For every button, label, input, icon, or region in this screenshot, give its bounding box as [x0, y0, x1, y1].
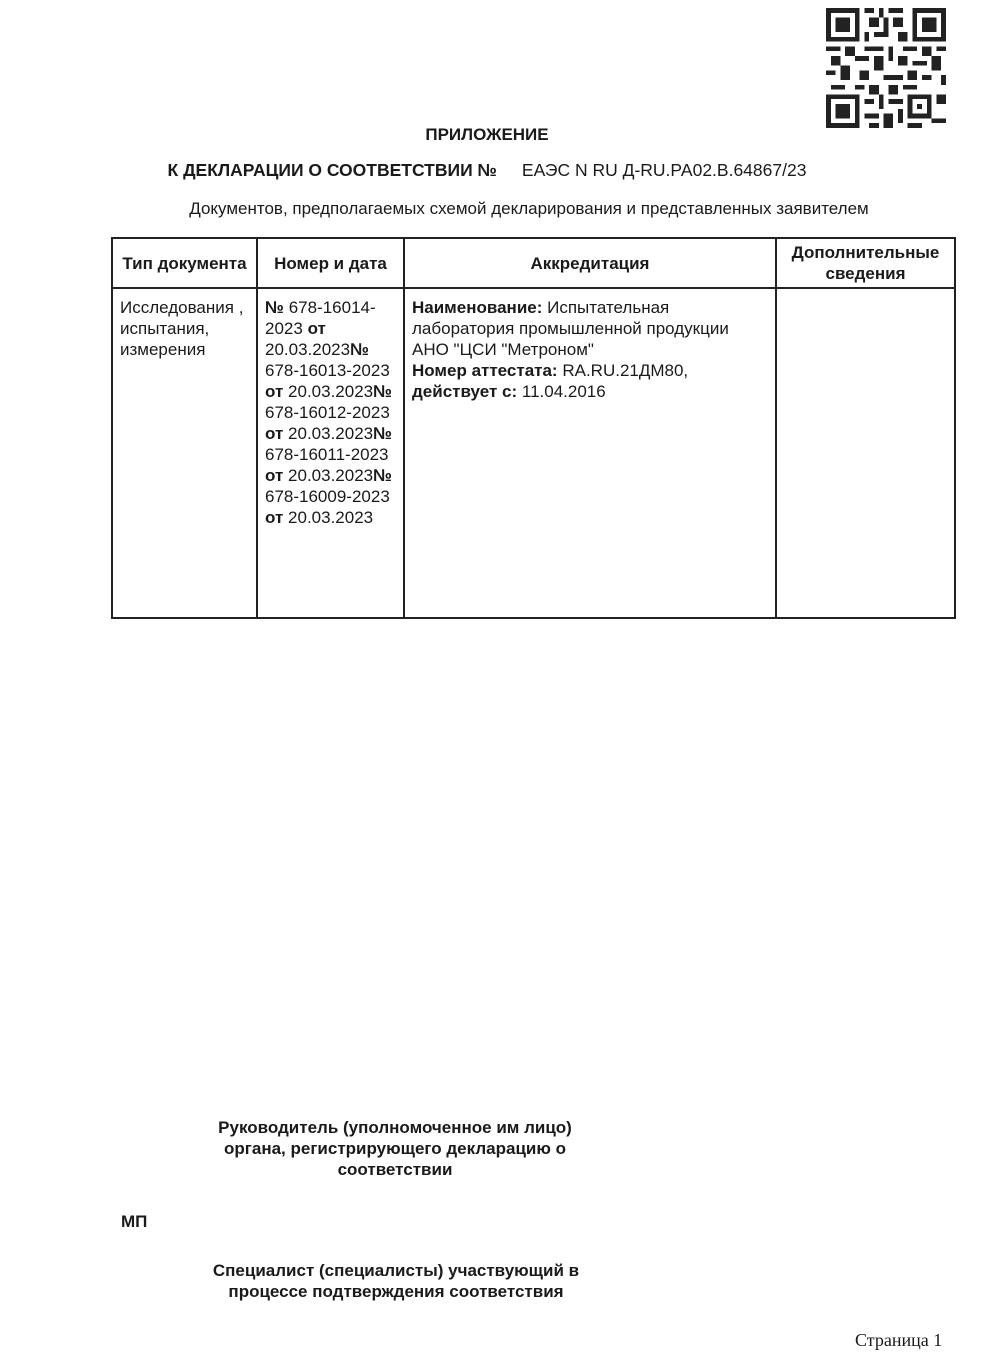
valid-from-label: действует с: — [412, 382, 517, 401]
qr-code-icon — [826, 8, 946, 128]
number-date-cell: № 678-16014-2023 от 20.03.2023№ 678-1601… — [257, 288, 404, 618]
column-header-doc-type: Тип документа — [112, 238, 257, 288]
specialist-signature-caption: Специалист (специалисты) участвующий в п… — [190, 1260, 602, 1302]
document-subtitle: Документов, предполагаемых схемой деклар… — [0, 199, 1000, 219]
column-header-number-date: Номер и дата — [257, 238, 404, 288]
accreditation-cell: Наименование: Испытательная лаборатория … — [404, 288, 776, 618]
column-header-accreditation: Аккредитация — [404, 238, 776, 288]
document-title: ПРИЛОЖЕНИЕ — [0, 125, 974, 145]
valid-from-value: 11.04.2016 — [522, 382, 606, 401]
page-number: Страница 1 — [855, 1330, 942, 1351]
table-header-row: Тип документа Номер и дата Аккредитация … — [112, 238, 955, 288]
table-row: Исследования , испытания, измерения № 67… — [112, 288, 955, 618]
accreditation-name-label: Наименование: — [412, 298, 542, 317]
documents-table: Тип документа Номер и дата Аккредитация … — [111, 237, 956, 619]
declaration-number: ЕАЭС N RU Д-RU.РА02.В.64867/23 — [522, 160, 807, 180]
certificate-number-label: Номер аттестата: — [412, 361, 558, 380]
certificate-number-value: RA.RU.21ДМ80, — [562, 361, 688, 380]
additional-info-cell — [776, 288, 955, 618]
doc-type-cell: Исследования , испытания, измерения — [112, 288, 257, 618]
declaration-label: К ДЕКЛАРАЦИИ О СООТВЕТСТВИИ № — [168, 160, 498, 180]
stamp-placeholder: МП — [121, 1212, 147, 1232]
head-signature-caption: Руководитель (уполномоченное им лицо) ор… — [195, 1117, 595, 1180]
column-header-additional: Дополнительные сведения — [776, 238, 955, 288]
declaration-heading: К ДЕКЛАРАЦИИ О СООТВЕТСТВИИ № ЕАЭС N RU … — [0, 160, 974, 181]
